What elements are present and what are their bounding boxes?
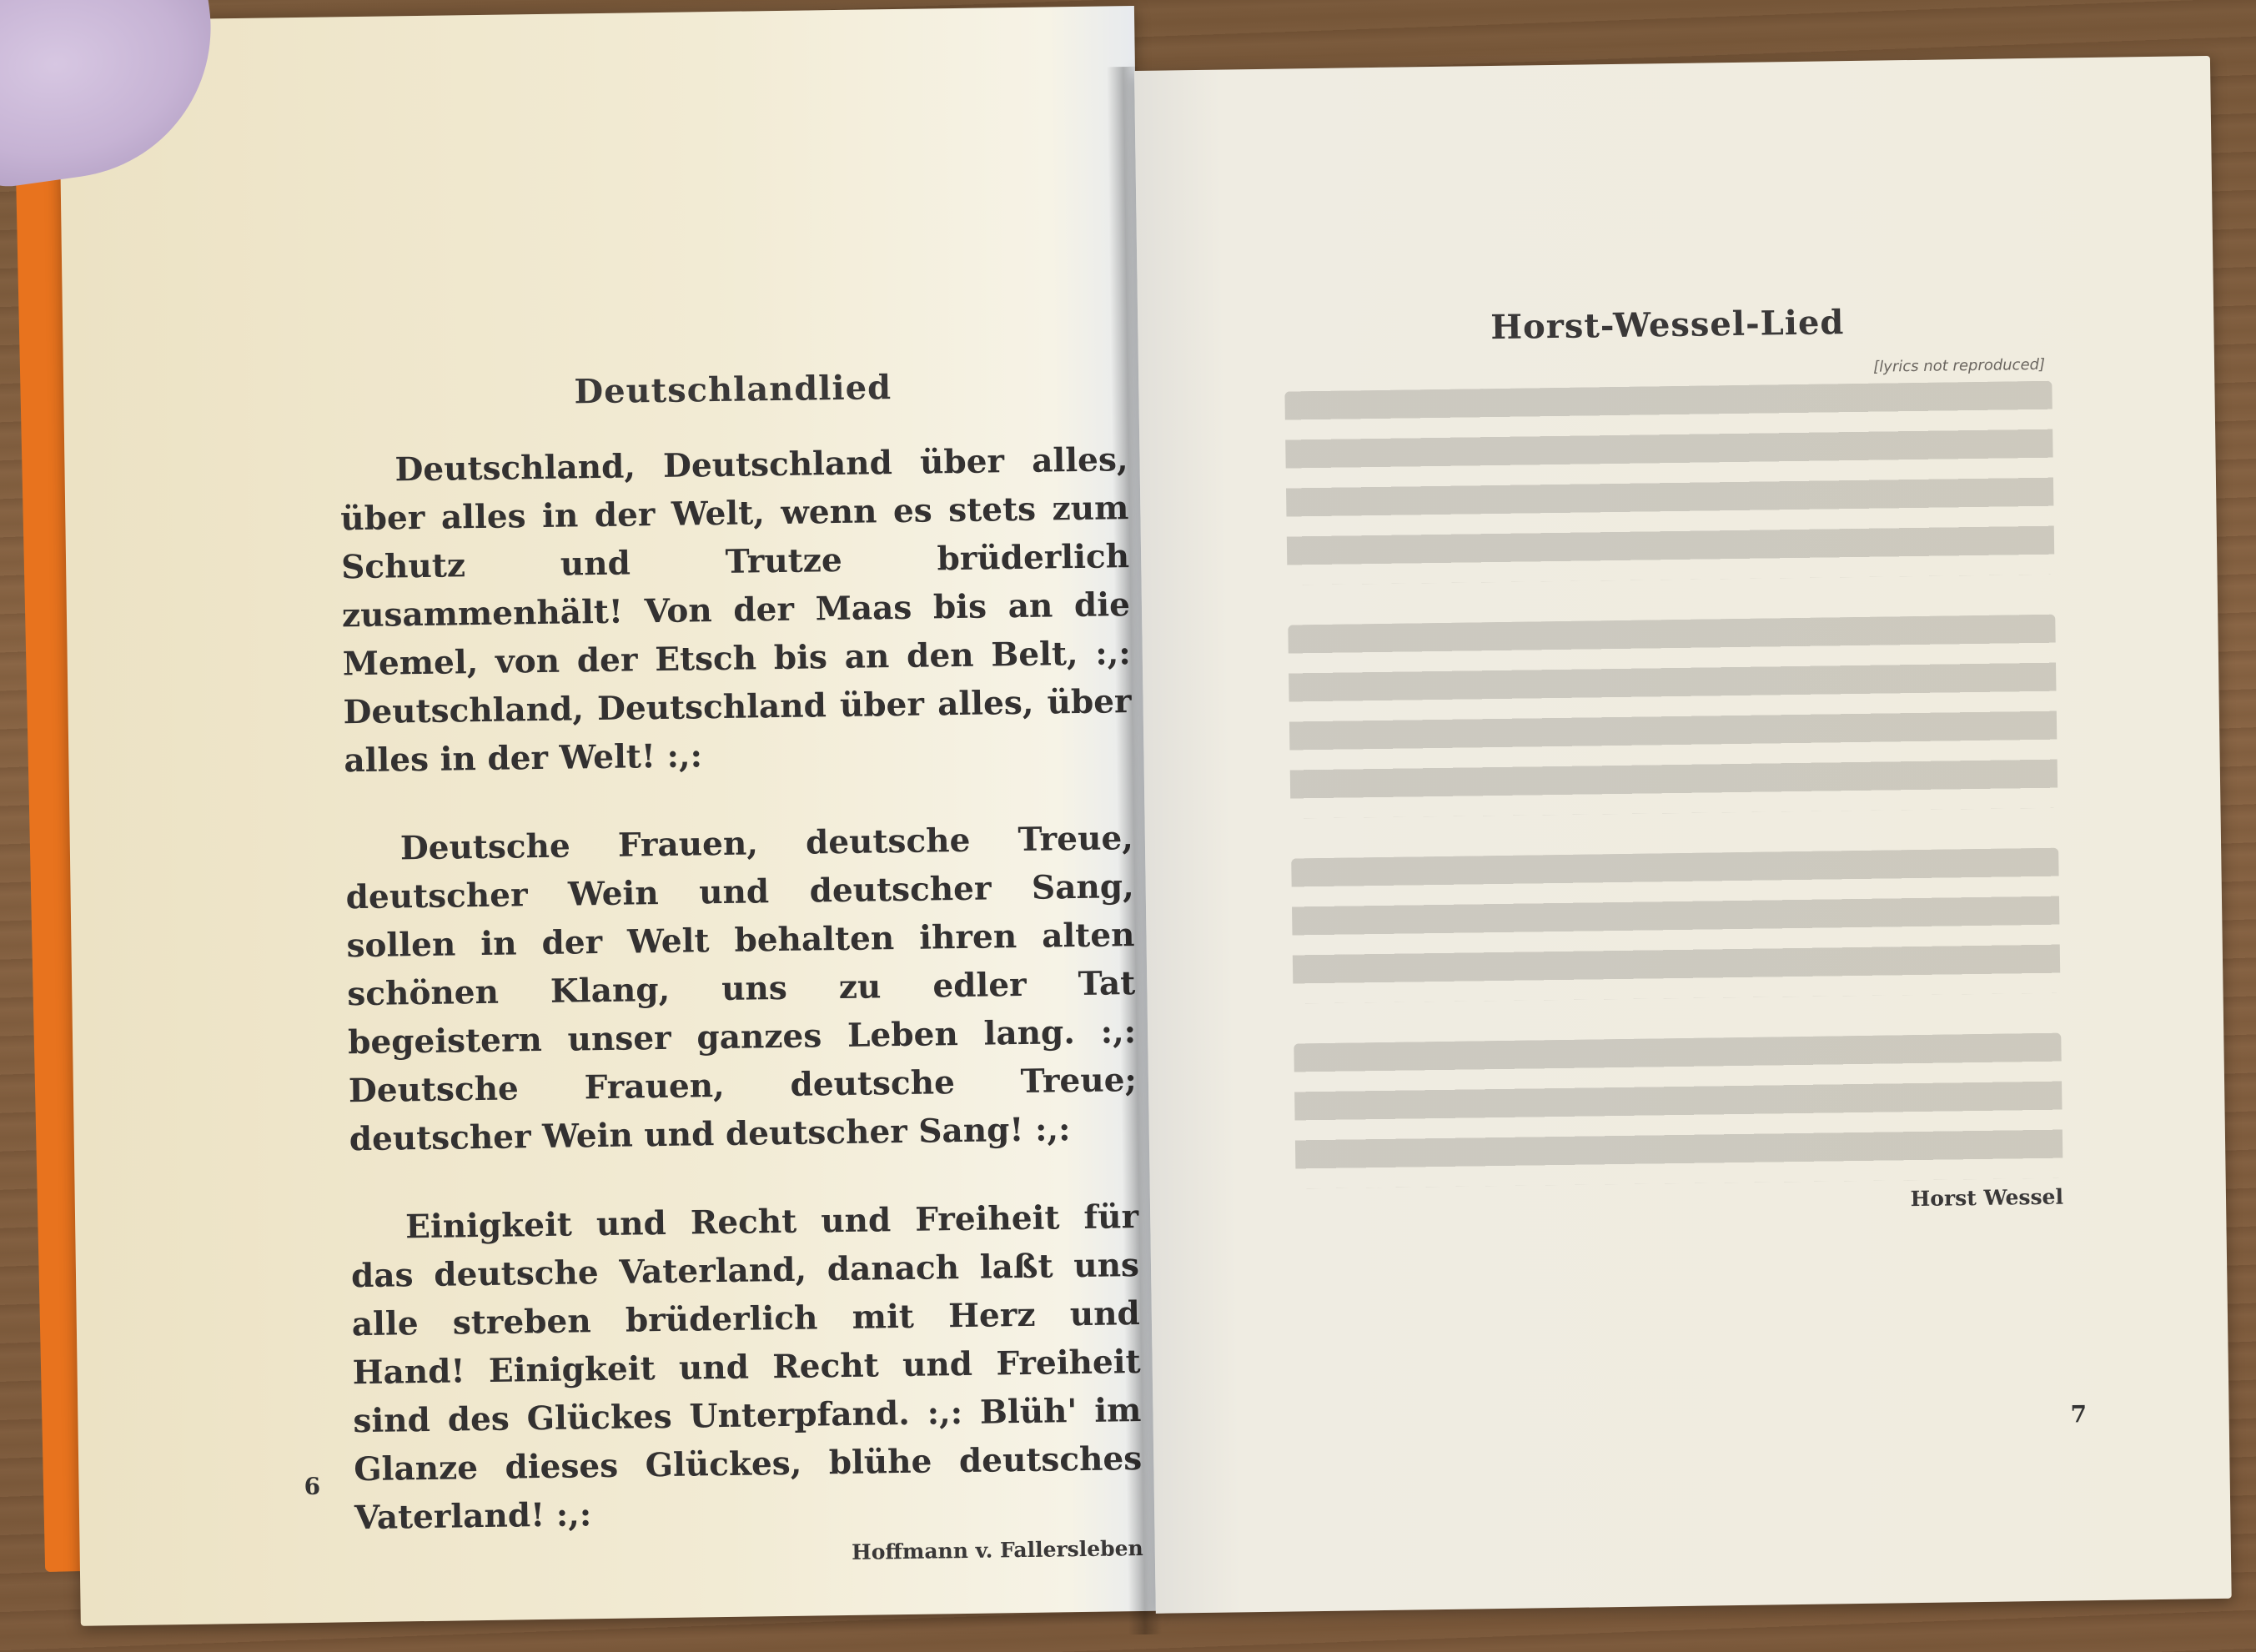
page-number-right: 7 <box>2070 1400 2087 1428</box>
song-title-deutschlandlied: Deutschlandlied <box>339 364 1128 414</box>
placeholder-note: [lyrics not reproduced] <box>1873 356 2045 376</box>
stanza-1: Deutschland, Deutschland über alles, übe… <box>339 435 1133 785</box>
left-page: Deutschlandlied Deutschland, Deutschland… <box>58 6 1157 1626</box>
page-number-left: 6 <box>304 1473 320 1500</box>
author-attribution: Hoffmann v. Fallersleben <box>355 1536 1143 1571</box>
right-page: Horst-Wessel-Lied [lyrics not reproduced… <box>1134 56 2232 1614</box>
stanza-placeholder-2 <box>1288 615 2058 819</box>
stanza-3: Einigkeit und Recht und Freiheit für das… <box>350 1193 1143 1542</box>
stanza-placeholder-3 <box>1291 848 2060 1004</box>
song-title-right: Horst-Wessel-Lied <box>1284 300 2052 350</box>
stanza-2: Deutsche Frauen, deutsche Treue, deutsch… <box>344 814 1138 1163</box>
right-page-content: Horst-Wessel-Lied [lyrics not reproduced… <box>1284 300 2063 1220</box>
left-page-content: Deutschlandlied Deutschland, Deutschland… <box>339 364 1143 1571</box>
author-attribution-right: Horst Wessel <box>1296 1185 2063 1220</box>
stanza-placeholder-4 <box>1294 1033 2063 1189</box>
stanza-placeholder-1: [lyrics not reproduced] <box>1284 381 2054 585</box>
